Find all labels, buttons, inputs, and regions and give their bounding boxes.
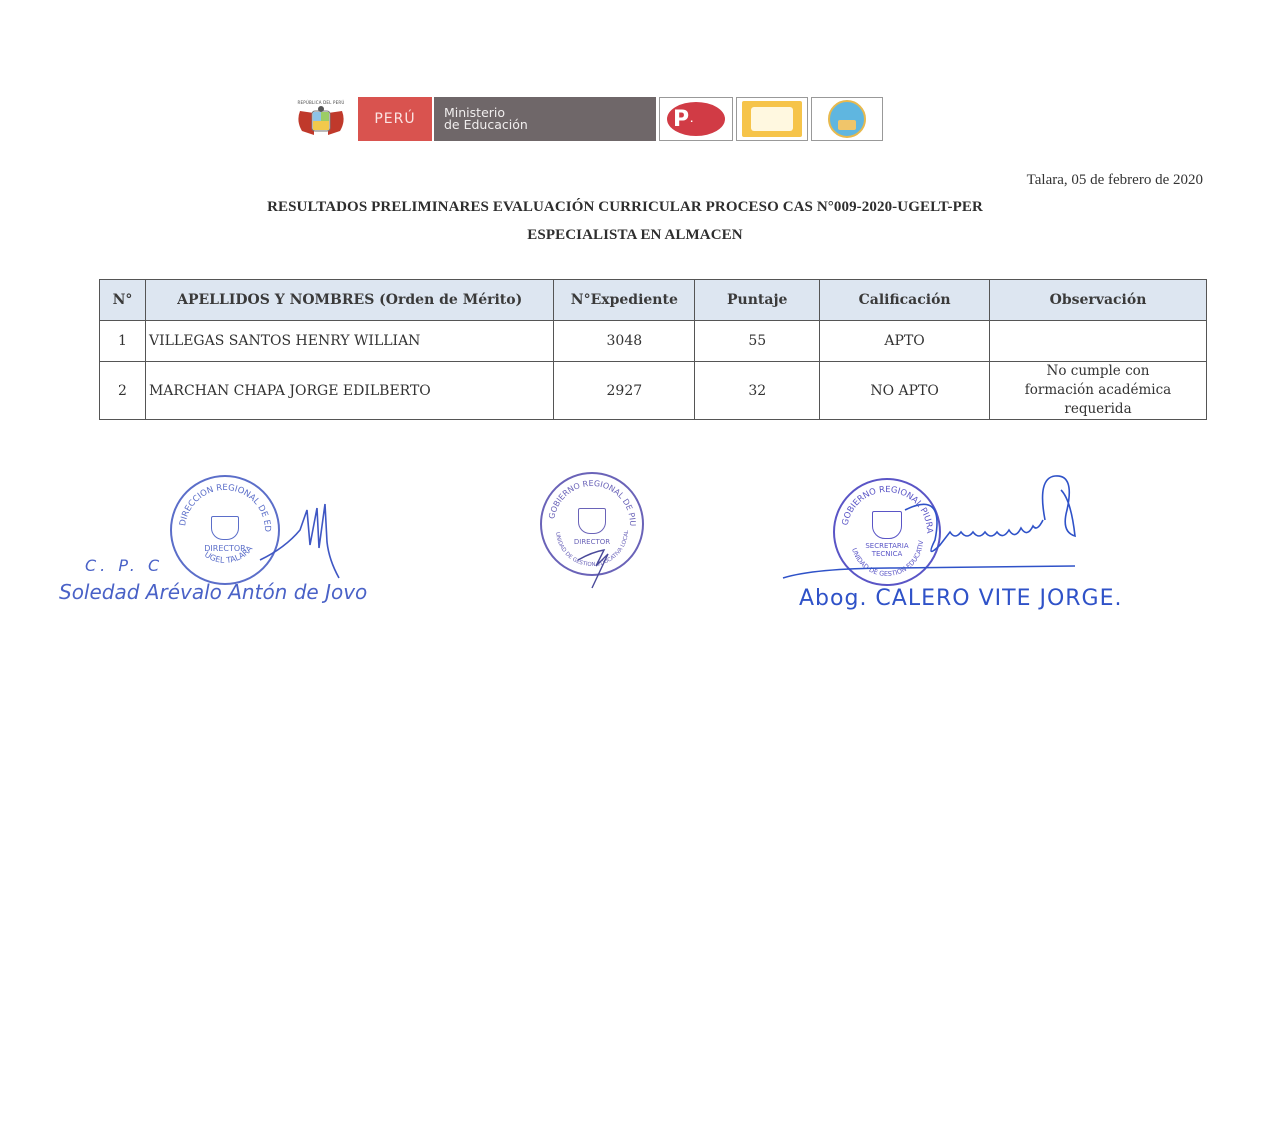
signature-right-name: Abog. CALERO VITE JORGE.: [799, 586, 1123, 611]
col-header-name: APELLIDOS Y NOMBRES (Orden de Mérito): [145, 280, 553, 321]
cell-expediente: 2927: [554, 362, 695, 420]
peru-brand-box: PERÚ: [358, 97, 432, 141]
ministry-brand-box: Ministerio de Educación: [434, 97, 656, 141]
ugel-emblem-icon: [811, 97, 883, 141]
table-header-row: N° APELLIDOS Y NOMBRES (Orden de Mérito)…: [100, 280, 1207, 321]
ministry-line2: de Educación: [444, 119, 656, 131]
signature-right: GOBIERNO REGIONAL PIURA UNIDAD DE GESTIO…: [775, 470, 1135, 630]
document-subtitle: ESPECIALISTA EN ALMACEN: [0, 227, 1275, 244]
svg-text:GOBIERNO REGIONAL DE PIURA: GOBIERNO REGIONAL DE PIURA: [540, 472, 637, 526]
col-header-puntaje: Puntaje: [695, 280, 820, 321]
signature-left-title: C. P. C: [85, 556, 163, 575]
observation-text: No cumple con formación académica requer…: [1013, 362, 1183, 419]
cell-observacion: [990, 321, 1207, 362]
cell-expediente: 3048: [554, 321, 695, 362]
cell-number: 2: [100, 362, 146, 420]
signature-left-name: Soledad Arévalo Antón de Jovo: [59, 580, 367, 604]
document-title: RESULTADOS PRELIMINARES EVALUACIÓN CURRI…: [0, 199, 1265, 216]
stamp-middle-top-text: GOBIERNO REGIONAL DE PIURA: [540, 472, 637, 526]
header-banner: REPÚBLICA DEL PERÚ PERÚ Ministerio de Ed…: [290, 97, 883, 141]
signature-left-scribble: [255, 490, 345, 580]
signature-left: DIRECCION REGIONAL DE EDUCACION UGEL TAL…: [55, 470, 395, 610]
svg-text:UGEL TALARA: UGEL TALARA: [203, 544, 255, 565]
col-header-expediente: N°Expediente: [554, 280, 695, 321]
cell-puntaje: 55: [695, 321, 820, 362]
cell-name: VILLEGAS SANTOS HENRY WILLIAN: [145, 321, 553, 362]
cell-name: MARCHAN CHAPA JORGE EDILBERTO: [145, 362, 553, 420]
table-row: 1 VILLEGAS SANTOS HENRY WILLIAN 3048 55 …: [100, 321, 1207, 362]
stamp-left-bottom-text: UGEL TALARA: [203, 544, 255, 565]
table-row: 2 MARCHAN CHAPA JORGE EDILBERTO 2927 32 …: [100, 362, 1207, 420]
cell-puntaje: 32: [695, 362, 820, 420]
col-header-number: N°: [100, 280, 146, 321]
signature-middle: GOBIERNO REGIONAL DE PIURA UNIDAD DE GES…: [538, 472, 658, 592]
col-header-calificacion: Calificación: [820, 280, 990, 321]
peru-coat-of-arms-icon: REPÚBLICA DEL PERÚ: [290, 97, 352, 141]
results-table: N° APELLIDOS Y NOMBRES (Orden de Mérito)…: [99, 279, 1207, 420]
col-header-observacion: Observación: [990, 280, 1207, 321]
cell-calificacion: NO APTO: [820, 362, 990, 420]
sun-emblem-icon: [736, 97, 808, 141]
cell-number: 1: [100, 321, 146, 362]
signature-middle-scribble: [570, 532, 630, 602]
cell-observacion: No cumple con formación académica requer…: [990, 362, 1207, 420]
document-date: Talara, 05 de febrero de 2020: [1027, 172, 1203, 189]
p-logo-icon: P.: [659, 97, 733, 141]
signature-right-scribble: [775, 470, 1135, 600]
cell-calificacion: APTO: [820, 321, 990, 362]
